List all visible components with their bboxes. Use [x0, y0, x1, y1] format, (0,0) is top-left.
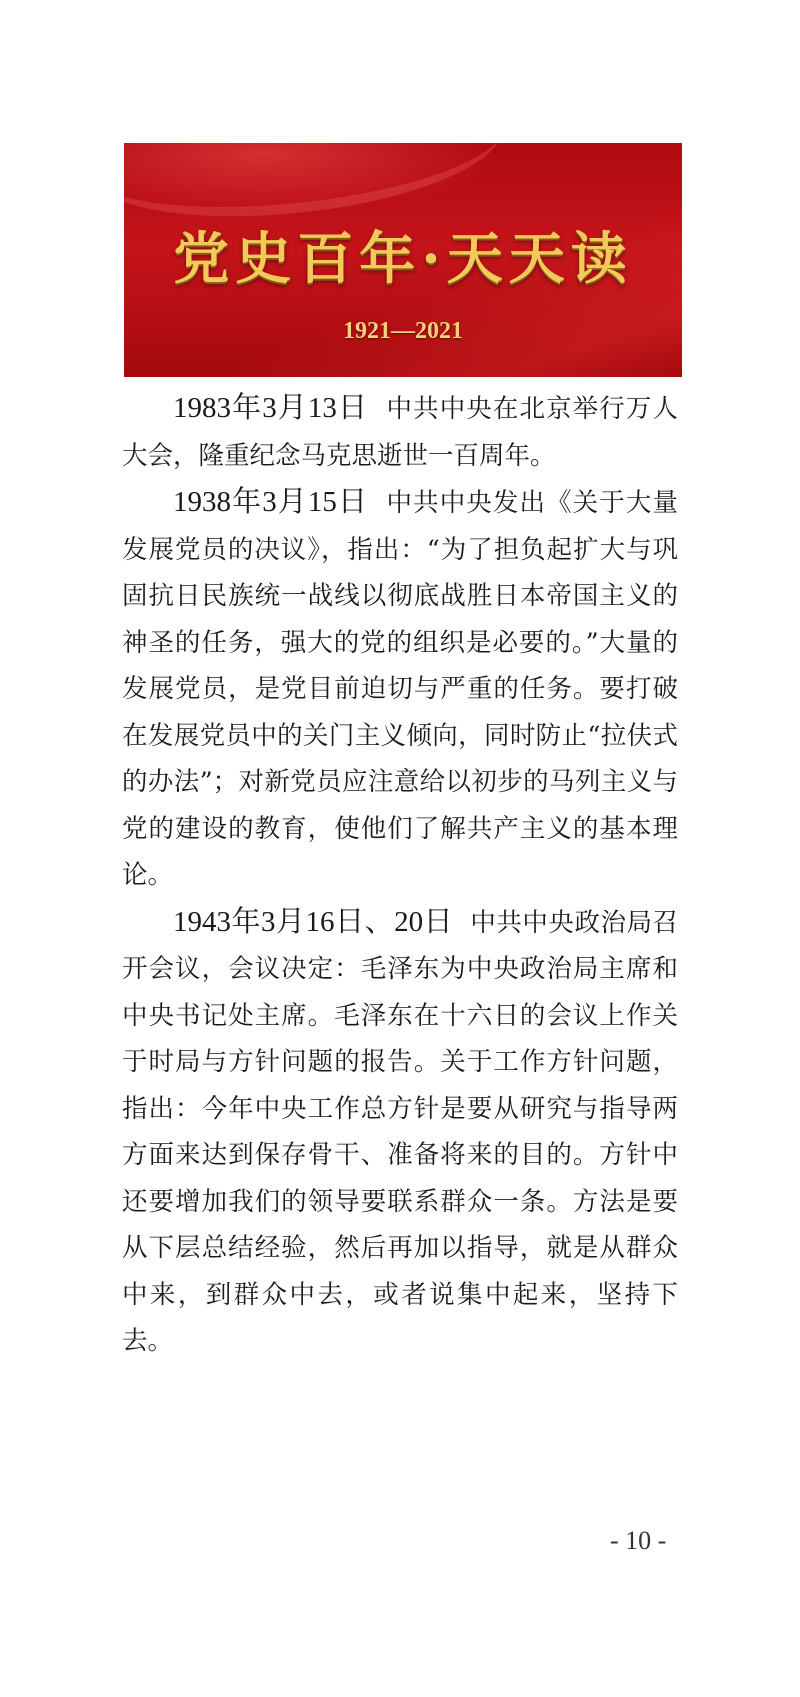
entry-paragraph: 1943年3月16日、20日 中共中央政治局召开会议，会议决定：毛泽东为中央政治…: [122, 899, 678, 1365]
entry-paragraph: 1983年3月13日 中共中央在北京举行万人大会，隆重纪念马克思逝世一百周年。: [122, 385, 678, 479]
entry-date: 1983年3月13日: [173, 392, 368, 424]
article-body: 1983年3月13日 中共中央在北京举行万人大会，隆重纪念马克思逝世一百周年。 …: [122, 385, 678, 1365]
entry-paragraph: 1938年3月15日 中共中央发出《关于大量发展党员的决议》，指出：“为了担负起…: [122, 479, 678, 899]
entry-text: 中共中央政治局召开会议，会议决定：毛泽东为中央政治局主席和中央书记处主席。毛泽东…: [122, 908, 678, 1357]
banner-years: 1921—2021: [124, 318, 682, 345]
banner-title: 党史百年·天天读: [124, 215, 682, 295]
entry-date: 1943年3月16日、20日: [173, 906, 453, 938]
header-banner: 党史百年·天天读 1921—2021: [124, 143, 682, 377]
entry-text: 中共中央发出《关于大量发展党员的决议》，指出：“为了担负起扩大与巩固抗日民族统一…: [122, 488, 678, 890]
entry-date: 1938年3月15日: [173, 486, 368, 518]
page-number: - 10 -: [610, 1526, 666, 1556]
